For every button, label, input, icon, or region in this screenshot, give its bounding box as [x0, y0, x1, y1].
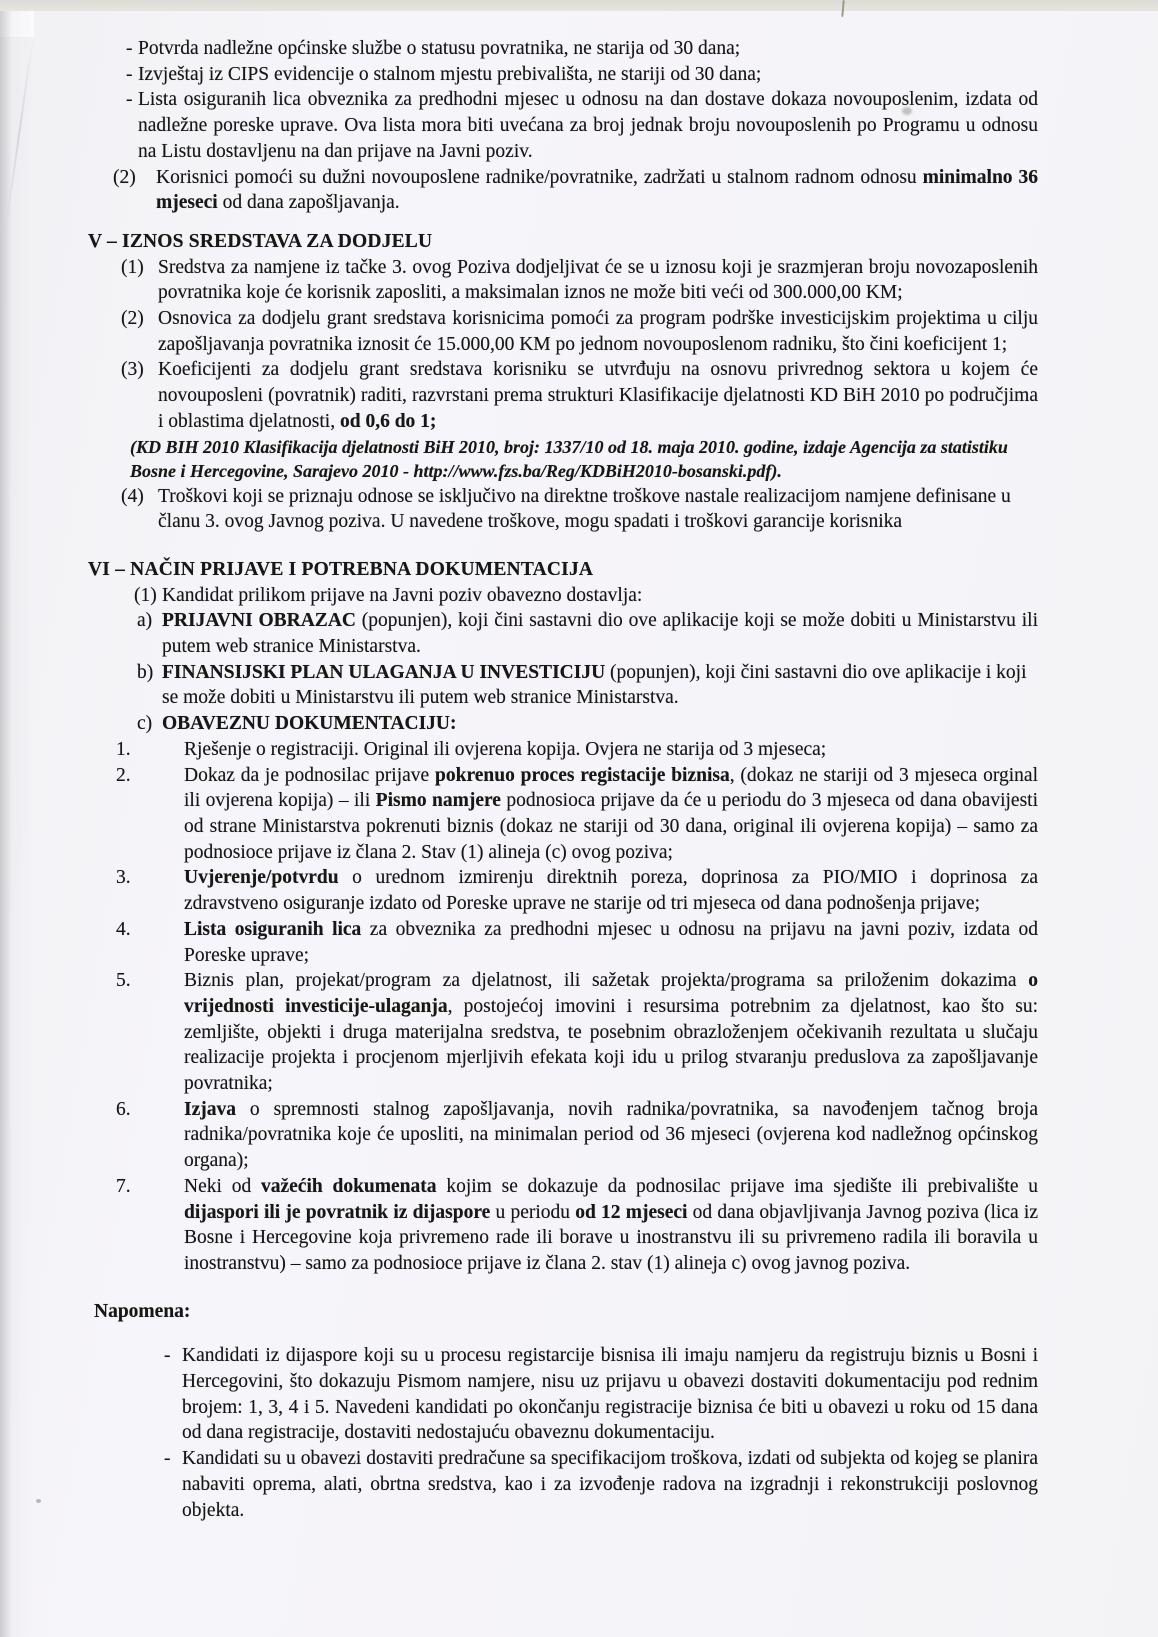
numbered-item: 3.Uvjerenje/potvrdu o urednom izmirenju …	[88, 865, 1038, 916]
list-marker: -	[126, 36, 133, 62]
numbered-item: 2.Dokaz da je podnosilac prijave pokrenu…	[88, 763, 1038, 866]
text-run: Lista osiguranih lica	[184, 919, 361, 940]
letter-item: b)FINANSIJSKI PLAN ULAGANJA U INVESTICIJ…	[88, 660, 1038, 711]
note-bullet: -Kandidati iz dijaspore koji su u proces…	[88, 1343, 1038, 1446]
text-run: Kandidat prilikom prijave na Javni poziv…	[162, 585, 642, 606]
text-run: od dana zapošljavanja.	[218, 192, 400, 213]
text-run: Biznis plan, projekat/program za djelatn…	[184, 970, 1028, 991]
numbered-item: 4.Lista osiguranih lica za obveznika za …	[88, 917, 1038, 968]
list-marker: (1)	[134, 583, 157, 609]
text-run: Izvještaj iz CIPS evidencije o stalnom m…	[138, 64, 761, 85]
text-run: Napomena:	[94, 1301, 190, 1322]
list-marker: 2.	[116, 763, 131, 789]
paragraph-item: (2)Korisnici pomoći su dužni novouposlen…	[88, 165, 1038, 216]
list-marker: c)	[137, 711, 152, 737]
text-run: PRIJAVNI OBRAZAC	[162, 610, 356, 631]
scan-edge-top	[0, 0, 1158, 11]
text-run: Uvjerenje/potvrdu	[184, 867, 339, 888]
list-marker: -	[164, 1343, 171, 1369]
text-run: Korisnici pomoći su dužni novouposlene r…	[156, 167, 923, 188]
numbered-item: 7.Neki od važećih dokumenata kojim se do…	[88, 1174, 1038, 1277]
list-marker: (2)	[121, 306, 144, 332]
numbered-paren-item: (4)Troškovi koji se priznaju odnose se i…	[88, 484, 1038, 535]
list-marker: 5.	[116, 968, 131, 994]
scan-edge-left	[0, 11, 34, 1637]
list-marker: 6.	[116, 1097, 131, 1123]
citation-note: (KD BIH 2010 Klasifikacija djelatnosti B…	[88, 435, 1038, 484]
text-run: o spremnosti stalnog zapošljavanja, novi…	[184, 1099, 1038, 1171]
numbered-paren-item: (2)Osnovica za dodjelu grant sredstava k…	[88, 306, 1038, 357]
document-body: -Potvrda nadležne općinske službe o stat…	[88, 36, 1038, 1523]
text-run: VI – NAČIN PRIJAVE I POTREBNA DOKUMENTAC…	[88, 559, 593, 580]
text-run: Kandidati su u obavezi dostaviti predrač…	[182, 1448, 1038, 1520]
list-marker: 3.	[116, 865, 131, 891]
text-run: od 12 mjeseci	[575, 1202, 687, 1223]
list-marker: -	[164, 1446, 171, 1472]
note-bullet: -Kandidati su u obavezi dostaviti predra…	[88, 1446, 1038, 1523]
text-run: FINANSIJSKI PLAN ULAGANJA U INVESTICIJU	[162, 662, 605, 683]
text-run: Izjava	[184, 1099, 236, 1120]
list-marker: a)	[137, 608, 152, 634]
text-run: Kandidati iz dijaspore koji su u procesu…	[182, 1345, 1038, 1443]
text-run: u periodu	[490, 1202, 575, 1223]
numbered-item: 6.Izjava o spremnosti stalnog zapošljava…	[88, 1097, 1038, 1174]
text-run: Sredstva za namjene iz tačke 3. ovog Poz…	[158, 257, 1038, 304]
text-run: Dokaz da je podnosilac prijave	[184, 765, 435, 786]
text-run: Pismo namjere	[376, 790, 501, 811]
text-run: Potvrda nadležne općinske službe o statu…	[138, 38, 740, 59]
text-run: Rješenje o registraciji. Original ili ov…	[184, 739, 826, 760]
list-marker: (1)	[121, 255, 144, 281]
list-marker: (2)	[113, 165, 136, 191]
text-run: pokrenuo proces registacije biznisa	[435, 765, 730, 786]
letter-item: a)PRIJAVNI OBRAZAC (popunjen), koji čini…	[88, 608, 1038, 659]
scanned-document-page: -Potvrda nadležne općinske službe o stat…	[0, 0, 1158, 1637]
text-run: (KD BIH 2010 Klasifikacija djelatnosti B…	[130, 437, 1008, 482]
list-marker: 1.	[116, 737, 131, 763]
list-marker: b)	[137, 660, 153, 686]
note-heading: Napomena:	[88, 1299, 1038, 1325]
text-run: od 0,6 do 1;	[340, 411, 436, 432]
list-marker: 4.	[116, 917, 131, 943]
list-marker: (3)	[121, 357, 144, 383]
text-run: V – IZNOS SREDSTAVA ZA DODJELU	[88, 231, 432, 252]
section-heading: VI – NAČIN PRIJAVE I POTREBNA DOKUMENTAC…	[88, 557, 1038, 583]
text-run: kojim se dokazuje da podnosilac prijave …	[437, 1176, 1038, 1197]
bullet-item: -Lista osiguranih lica obveznika za pred…	[88, 87, 1038, 164]
intro-item: (1)Kandidat prilikom prijave na Javni po…	[88, 583, 1038, 609]
text-run: Osnovica za dodjelu grant sredstava kori…	[158, 308, 1038, 355]
list-marker: -	[126, 62, 133, 88]
list-marker: -	[126, 87, 133, 113]
letter-item: c)OBAVEZNU DOKUMENTACIJU:	[88, 711, 1038, 737]
numbered-item: 1.Rješenje o registraciji. Original ili …	[88, 737, 1038, 763]
bullet-item: -Potvrda nadležne općinske službe o stat…	[88, 36, 1038, 62]
text-run: OBAVEZNU DOKUMENTACIJU:	[162, 713, 457, 734]
list-marker: (4)	[121, 484, 144, 510]
numbered-paren-item: (1)Sredstva za namjene iz tačke 3. ovog …	[88, 255, 1038, 306]
text-run: Troškovi koji se priznaju odnose se iskl…	[158, 486, 1011, 533]
numbered-item: 5.Biznis plan, projekat/program za djela…	[88, 968, 1038, 1097]
text-run: Koeficijenti za dodjelu grant sredstava …	[158, 359, 1038, 431]
text-run: Neki od	[184, 1176, 261, 1197]
text-run: Lista osiguranih lica obveznika za predh…	[138, 89, 1038, 161]
numbered-paren-item: (3)Koeficijenti za dodjelu grant sredsta…	[88, 357, 1038, 434]
text-run: dijaspori ili je povratnik iz dijaspore	[184, 1202, 490, 1223]
list-marker: 7.	[116, 1174, 131, 1200]
bullet-item: -Izvještaj iz CIPS evidencije o stalnom …	[88, 62, 1038, 88]
scan-artifact-speck	[36, 1499, 41, 1503]
text-run: važećih dokumenata	[261, 1176, 437, 1197]
section-heading: V – IZNOS SREDSTAVA ZA DODJELU	[88, 229, 1038, 255]
